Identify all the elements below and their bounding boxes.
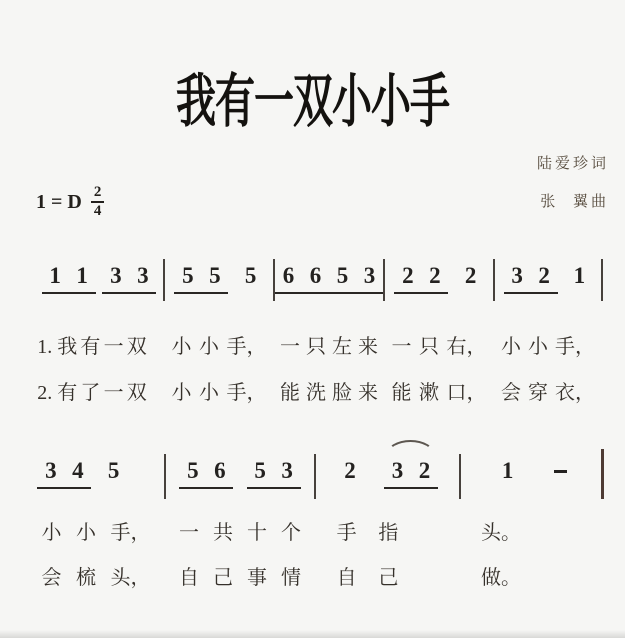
beam-group: 53: [329, 264, 383, 294]
melody-note: 2: [458, 264, 484, 288]
lyric-syllable: 有: [79, 334, 101, 360]
lyric-measure: 自己事情: [166, 565, 314, 591]
melody-measure: 232: [316, 459, 459, 489]
composer-credit: 张 翼曲: [537, 195, 609, 210]
lyric-syllable: 会: [500, 380, 522, 406]
lyric-syllable: 情: [280, 565, 302, 591]
lyric-syllable: 能: [279, 380, 301, 406]
melody-note: 3: [102, 264, 129, 288]
melody-line: 34556532321: [28, 459, 604, 499]
melody-note: 2: [531, 264, 558, 288]
melody-note: 5: [329, 264, 356, 288]
lyric-syllable: 小: [198, 380, 220, 406]
lyric-syllable: 左: [331, 334, 353, 360]
lyric-measure: 头。: [461, 520, 601, 546]
lyric-syllable: 个: [280, 520, 302, 546]
lyric-syllable: 一: [178, 520, 200, 546]
lyric-syllable: 只: [305, 334, 327, 360]
lyric-measure: 小小手，: [495, 334, 601, 360]
lyric-measure: 自己: [316, 565, 459, 591]
lyric-syllable: 双: [126, 334, 148, 360]
final-barline: [601, 449, 604, 499]
credits: 陆爱珍词 张 翼曲: [537, 157, 609, 233]
lyric-syllable: 能: [391, 380, 413, 406]
lyric-syllable: 己: [377, 565, 399, 591]
melody-measure: 321: [495, 264, 601, 294]
barline: [601, 259, 603, 301]
lyric-syllable: 共: [212, 520, 234, 546]
melody-measure: 6653: [275, 264, 383, 294]
lyric-line: 1. 我有一双小小手，一只左来一只右，小小手，: [35, 334, 603, 360]
melody-note: 6: [206, 459, 233, 483]
lyric-syllable: 右，: [446, 334, 488, 360]
lyric-measure: 一只左来: [275, 334, 383, 360]
lyric-syllable: 穿: [527, 380, 549, 406]
lyric-line: 2. 有了一双小小手，能洗脸来能漱口，会穿衣，: [35, 380, 603, 406]
lyric-syllable: 自: [178, 565, 200, 591]
lyric-measure: 小小手，: [28, 520, 164, 546]
lyric-measure: 小小手，: [165, 380, 273, 406]
lyric-syllable: 自: [336, 565, 358, 591]
melody-measure: 5653: [166, 459, 314, 489]
lyric-measure: 小小手，: [165, 334, 273, 360]
melody-measure: 1133: [35, 264, 163, 294]
lyric-syllable: 手，: [226, 380, 268, 406]
melody-note: 2: [421, 264, 448, 288]
melody-note: 1: [42, 264, 69, 288]
lyric-syllable: 漱: [418, 380, 440, 406]
melody-note: 1: [495, 459, 521, 483]
melody-note: 5: [201, 264, 228, 288]
lyric-syllable: 来: [357, 334, 379, 360]
lyric-measure: 一只右，: [385, 334, 493, 360]
lyric-syllable: 小: [527, 334, 549, 360]
melody-measure: 555: [165, 264, 273, 294]
melody-note: 2: [337, 459, 363, 483]
lyric-syllable: 小: [198, 334, 220, 360]
lyric-measure: 能漱口，: [385, 380, 493, 406]
lyric-syllable: 事: [246, 565, 268, 591]
lyric-measure: 做。: [461, 565, 601, 591]
melody-note: 6: [275, 264, 302, 288]
beam-group: 32: [384, 459, 438, 489]
melody-note: 3: [37, 459, 64, 483]
melody-note: 1: [69, 264, 96, 288]
lyric-syllable: 小: [171, 334, 193, 360]
lyric-syllable: 手，: [554, 334, 596, 360]
lyric-syllable: 手: [336, 520, 358, 546]
melody-note: 3: [356, 264, 383, 288]
lyric-line: 会梳头，自己事情自己做。: [28, 565, 603, 591]
lyric-measure: 一共十个: [166, 520, 314, 546]
lyric-syllable: 一: [103, 334, 125, 360]
song-title: 我有一双小小手: [0, 73, 625, 131]
beam-group: 55: [174, 264, 228, 294]
lyric-measure: 2. 有了一双: [35, 380, 163, 406]
melody-note: 6: [302, 264, 329, 288]
melody-note: 3: [129, 264, 156, 288]
lyric-measure: 能洗脸来: [275, 380, 383, 406]
beam-group: 11: [42, 264, 96, 294]
lyric-syllable: 小: [75, 520, 97, 546]
lyric-syllable: 双: [126, 380, 148, 406]
lyric-syllable: 2. 有: [36, 380, 78, 406]
lyric-syllable: 衣，: [554, 380, 596, 406]
lyric-syllable: 了: [79, 380, 101, 406]
lyric-syllable: 只: [418, 334, 440, 360]
lyric-measure: 会穿衣，: [495, 380, 601, 406]
lyric-line: 小小手，一共十个手指头。: [28, 520, 603, 546]
lyric-syllable: 十: [246, 520, 268, 546]
slur-arc: [386, 440, 435, 455]
lyric-syllable: 一: [279, 334, 301, 360]
time-signature: 2 4: [91, 184, 105, 221]
melody-note: 3: [504, 264, 531, 288]
lyric-syllable: 小: [500, 334, 522, 360]
melody-measure: 1: [461, 459, 601, 483]
key-tonic: 1 = D: [36, 191, 82, 214]
melody-note: 5: [101, 459, 127, 483]
lyric-measure: 手指: [316, 520, 459, 546]
beam-group: 33: [102, 264, 156, 294]
melody-note: 2: [394, 264, 421, 288]
beam-group: 56: [179, 459, 233, 489]
lyric-syllable: 头。: [480, 520, 522, 546]
melody-note: 5: [179, 459, 206, 483]
melody-measure: 345: [28, 459, 164, 489]
lyric-measure: 1. 我有一双: [35, 334, 163, 360]
lyric-syllable: 会: [41, 565, 63, 591]
bottom-shadow: [0, 630, 625, 638]
time-signature-numerator: 2: [91, 184, 105, 201]
melody-note: 2: [411, 459, 438, 483]
lyric-syllable: 指: [377, 520, 399, 546]
lyricist-credit: 陆爱珍词: [537, 157, 609, 172]
beam-group: 66: [275, 264, 329, 294]
lyric-syllable: 小: [41, 520, 63, 546]
lyric-syllable: 一: [391, 334, 413, 360]
lyric-syllable: 头，: [110, 565, 152, 591]
melody-note: 4: [64, 459, 91, 483]
lyric-syllable: 手，: [226, 334, 268, 360]
melody-measure: 222: [385, 264, 493, 294]
lyric-syllable: 来: [357, 380, 379, 406]
melody-note: 5: [247, 459, 274, 483]
melody-note: 5: [238, 264, 264, 288]
melody-note: 1: [566, 264, 592, 288]
melody-note: 3: [274, 459, 301, 483]
lyric-syllable: 口，: [446, 380, 488, 406]
lyric-syllable: 做。: [480, 565, 522, 591]
lyric-syllable: 1. 我: [36, 334, 78, 360]
melody-note: 3: [384, 459, 411, 483]
lyric-syllable: 手，: [110, 520, 152, 546]
melody-line: 11335556653222321: [35, 264, 603, 301]
time-signature-denominator: 4: [91, 201, 105, 220]
beam-group: 32: [504, 264, 558, 294]
lyric-syllable: 洗: [305, 380, 327, 406]
lyric-syllable: 梳: [75, 565, 97, 591]
sheet-music-page: 我有一双小小手 陆爱珍词 张 翼曲 1 = D 2 4 113355566532…: [0, 0, 625, 638]
lyric-syllable: 脸: [331, 380, 353, 406]
key-signature: 1 = D 2 4: [36, 184, 104, 221]
lyric-measure: 会梳头，: [28, 565, 164, 591]
beam-group: 53: [247, 459, 301, 489]
dash-note: [554, 470, 567, 473]
beam-group: 22: [394, 264, 448, 294]
melody-note: 5: [174, 264, 201, 288]
lyric-syllable: 一: [103, 380, 125, 406]
beam-group: 34: [37, 459, 91, 489]
lyric-syllable: 己: [212, 565, 234, 591]
lyric-syllable: 小: [171, 380, 193, 406]
